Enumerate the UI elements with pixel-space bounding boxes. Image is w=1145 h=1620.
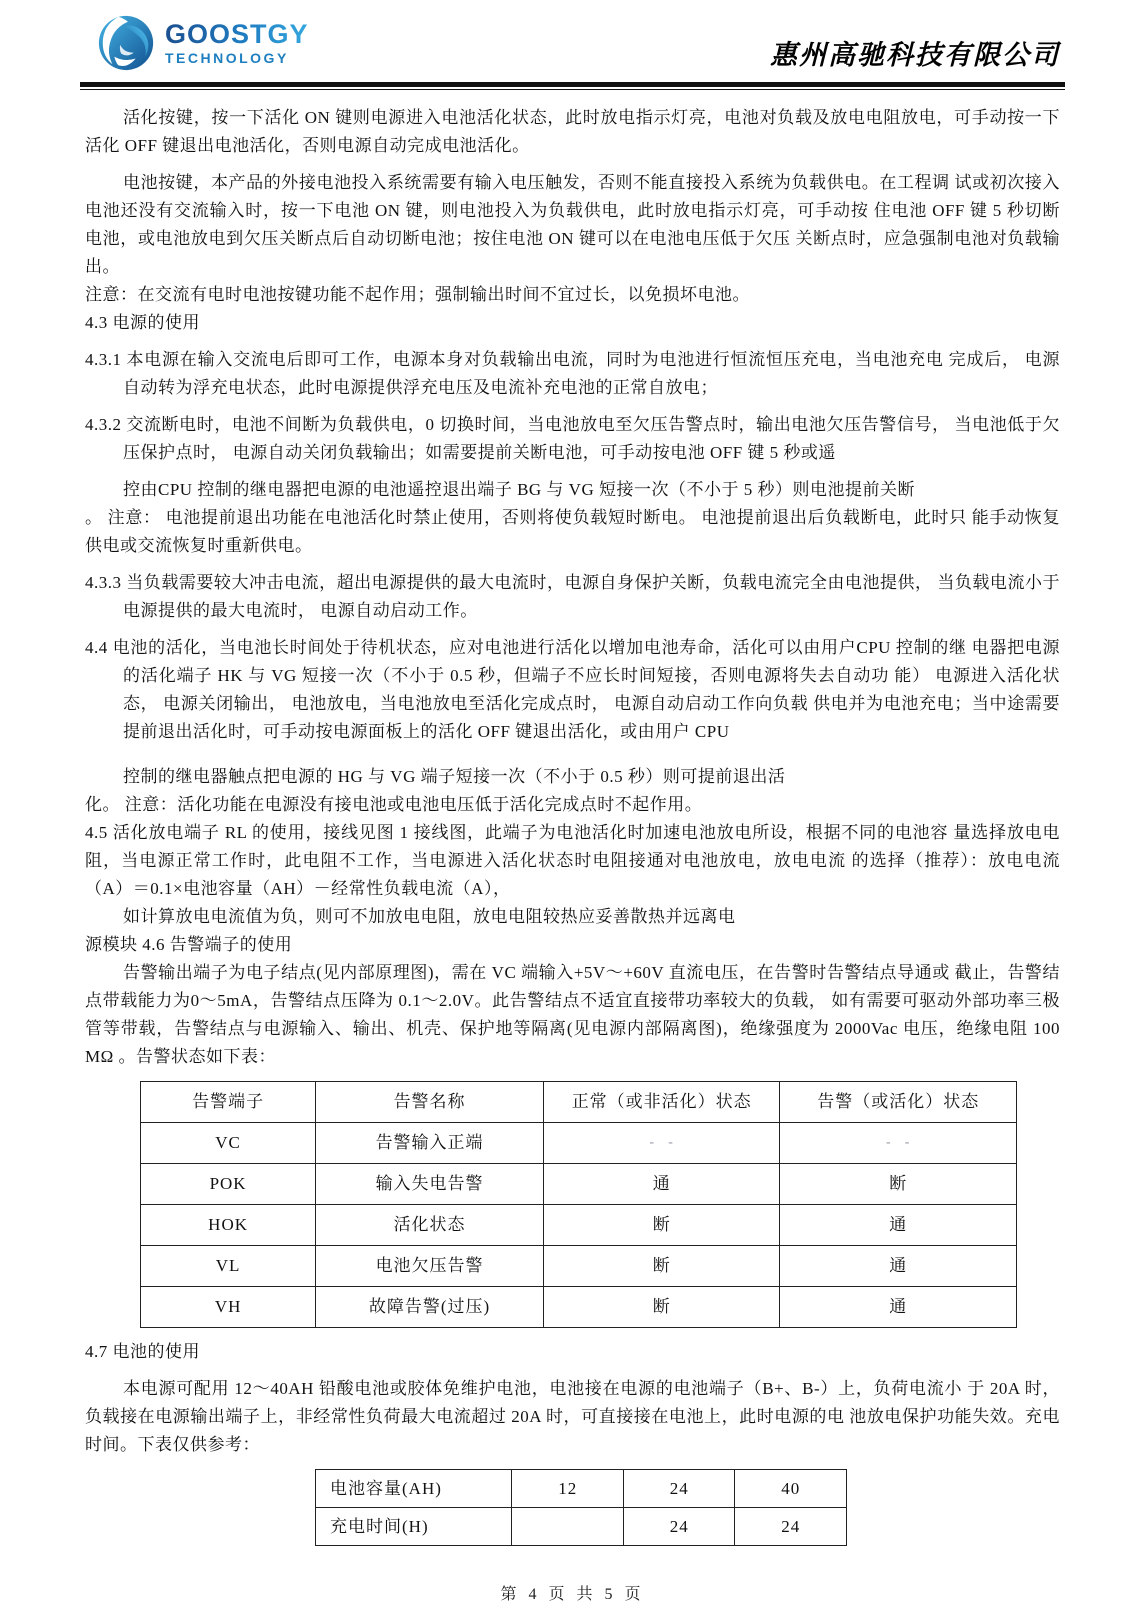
company-logo-icon bbox=[95, 12, 157, 74]
paragraph: 控制的继电器触点把电源的 HG 与 VG 端子短接一次（不小于 0.5 秒）则可… bbox=[85, 763, 1060, 791]
paragraph: 。 注意： 电池提前退出功能在电池活化时禁止使用，否则将使负载短时断电。 电池提… bbox=[85, 504, 1060, 560]
table-cell: - - bbox=[780, 1123, 1017, 1164]
header-divider bbox=[80, 82, 1065, 90]
paragraph: 4.3.3 当负载需要较大冲击电流，超出电源提供的最大电流时，电源自身保护关断，… bbox=[85, 569, 1060, 625]
table-cell: - - bbox=[543, 1123, 780, 1164]
section-heading: 4.3 电源的使用 bbox=[85, 309, 1060, 337]
table-header-cell: 告警（或活化）状态 bbox=[780, 1082, 1017, 1123]
table-row: POK 输入失电告警 通 断 bbox=[141, 1164, 1017, 1205]
table-cell: 故障告警(过压) bbox=[316, 1287, 544, 1328]
charge-time-table: 电池容量(AH) 12 24 40 充电时间(H) 24 24 bbox=[315, 1469, 847, 1546]
table-row: VL 电池欠压告警 断 通 bbox=[141, 1246, 1017, 1287]
table-cell: 断 bbox=[543, 1287, 780, 1328]
table-cell: 告警输入正端 bbox=[316, 1123, 544, 1164]
logo-subtitle: TECHNOLOGY bbox=[165, 51, 309, 65]
logo-wordmark: GOOSTGY bbox=[165, 21, 309, 48]
document-page: GOOSTGY TECHNOLOGY 惠州高驰科技有限公司 活化按键，按一下活化… bbox=[0, 0, 1145, 1620]
table-cell: 24 bbox=[735, 1508, 847, 1546]
paragraph: 4.4 电池的活化，当电池长时间处于待机状态，应对电池进行活化以增加电池寿命，活… bbox=[85, 634, 1060, 746]
table-cell: VC bbox=[141, 1123, 316, 1164]
paragraph: 4.3.2 交流断电时，电池不间断为负载供电，0 切换时间，当电池放电至欠压告警… bbox=[85, 411, 1060, 467]
table-row: VH 故障告警(过压) 断 通 bbox=[141, 1287, 1017, 1328]
paragraph: 注意：在交流有电时电池按键功能不起作用；强制输出时间不宜过长，以免损坏电池。 bbox=[85, 281, 1060, 309]
paragraph: 电池按键，本产品的外接电池投入系统需要有输入电压触发，否则不能直接投入系统为负载… bbox=[85, 169, 1060, 281]
company-name: 惠州高驰科技有限公司 bbox=[770, 33, 1060, 74]
table-cell: 断 bbox=[543, 1205, 780, 1246]
header: GOOSTGY TECHNOLOGY 惠州高驰科技有限公司 bbox=[0, 0, 1145, 78]
logo-text: GOOSTGY TECHNOLOGY bbox=[165, 21, 309, 65]
table-cell: HOK bbox=[141, 1205, 316, 1246]
table-cell: 电池容量(AH) bbox=[316, 1470, 512, 1508]
paragraph: 化。 注意：活化功能在电源没有接电池或电池电压低于活化完成点时不起作用。 bbox=[85, 791, 1060, 819]
page-number: 第 4 页 共 5 页 bbox=[500, 1586, 644, 1603]
table-cell: VH bbox=[141, 1287, 316, 1328]
table-cell: VL bbox=[141, 1246, 316, 1287]
table-cell: 24 bbox=[623, 1470, 735, 1508]
paragraph: 控由CPU 控制的继电器把电源的电池遥控退出端子 BG 与 VG 短接一次（不小… bbox=[85, 476, 1060, 504]
table-cell bbox=[512, 1508, 624, 1546]
table-cell: 通 bbox=[780, 1205, 1017, 1246]
table-header-row: 告警端子 告警名称 正常（或非活化）状态 告警（或活化）状态 bbox=[141, 1082, 1017, 1123]
table-cell: 断 bbox=[543, 1246, 780, 1287]
page-footer: 第 4 页 共 5 页 bbox=[0, 1581, 1145, 1604]
table-row: HOK 活化状态 断 通 bbox=[141, 1205, 1017, 1246]
table-cell: 通 bbox=[543, 1164, 780, 1205]
table-cell: 输入失电告警 bbox=[316, 1164, 544, 1205]
paragraph: 如计算放电电流值为负，则可不加放电电阻，放电电阻较热应妥善散热并远离电 bbox=[85, 903, 1060, 931]
alarm-status-table: 告警端子 告警名称 正常（或非活化）状态 告警（或活化）状态 VC 告警输入正端… bbox=[140, 1081, 1017, 1328]
table-header-cell: 正常（或非活化）状态 bbox=[543, 1082, 780, 1123]
table-cell: 24 bbox=[623, 1508, 735, 1546]
logo: GOOSTGY TECHNOLOGY bbox=[95, 12, 309, 74]
table-cell: 通 bbox=[780, 1246, 1017, 1287]
paragraph: 4.3.1 本电源在输入交流电后即可工作，电源本身对负载输出电流，同时为电池进行… bbox=[85, 346, 1060, 402]
table-row: 电池容量(AH) 12 24 40 bbox=[316, 1470, 847, 1508]
document-body: 活化按键，按一下活化 ON 键则电源进入电池活化状态，此时放电指示灯亮，电池对负… bbox=[0, 90, 1145, 1546]
table-cell: 12 bbox=[512, 1470, 624, 1508]
table-cell: 电池欠压告警 bbox=[316, 1246, 544, 1287]
table-cell: POK bbox=[141, 1164, 316, 1205]
table-header-cell: 告警端子 bbox=[141, 1082, 316, 1123]
table-cell: 断 bbox=[780, 1164, 1017, 1205]
table-cell: 充电时间(H) bbox=[316, 1508, 512, 1546]
paragraph: 活化按键，按一下活化 ON 键则电源进入电池活化状态，此时放电指示灯亮，电池对负… bbox=[85, 104, 1060, 160]
section-heading: 4.7 电池的使用 bbox=[85, 1338, 1060, 1366]
table-header-cell: 告警名称 bbox=[316, 1082, 544, 1123]
table-cell: 通 bbox=[780, 1287, 1017, 1328]
table-row: 充电时间(H) 24 24 bbox=[316, 1508, 847, 1546]
paragraph: 4.5 活化放电端子 RL 的使用，接线见图 1 接线图，此端子为电池活化时加速… bbox=[85, 819, 1060, 903]
table-row: VC 告警输入正端 - - - - bbox=[141, 1123, 1017, 1164]
paragraph: 本电源可配用 12～40AH 铅酸电池或胶体免维护电池，电池接在电源的电池端子（… bbox=[85, 1375, 1060, 1459]
table-cell: 40 bbox=[735, 1470, 847, 1508]
section-heading: 源模块 4.6 告警端子的使用 bbox=[85, 931, 1060, 959]
divider-thick-line bbox=[80, 82, 1065, 87]
table-cell: 活化状态 bbox=[316, 1205, 544, 1246]
paragraph: 告警输出端子为电子结点(见内部原理图)，需在 VC 端输入+5V～+60V 直流… bbox=[85, 959, 1060, 1071]
